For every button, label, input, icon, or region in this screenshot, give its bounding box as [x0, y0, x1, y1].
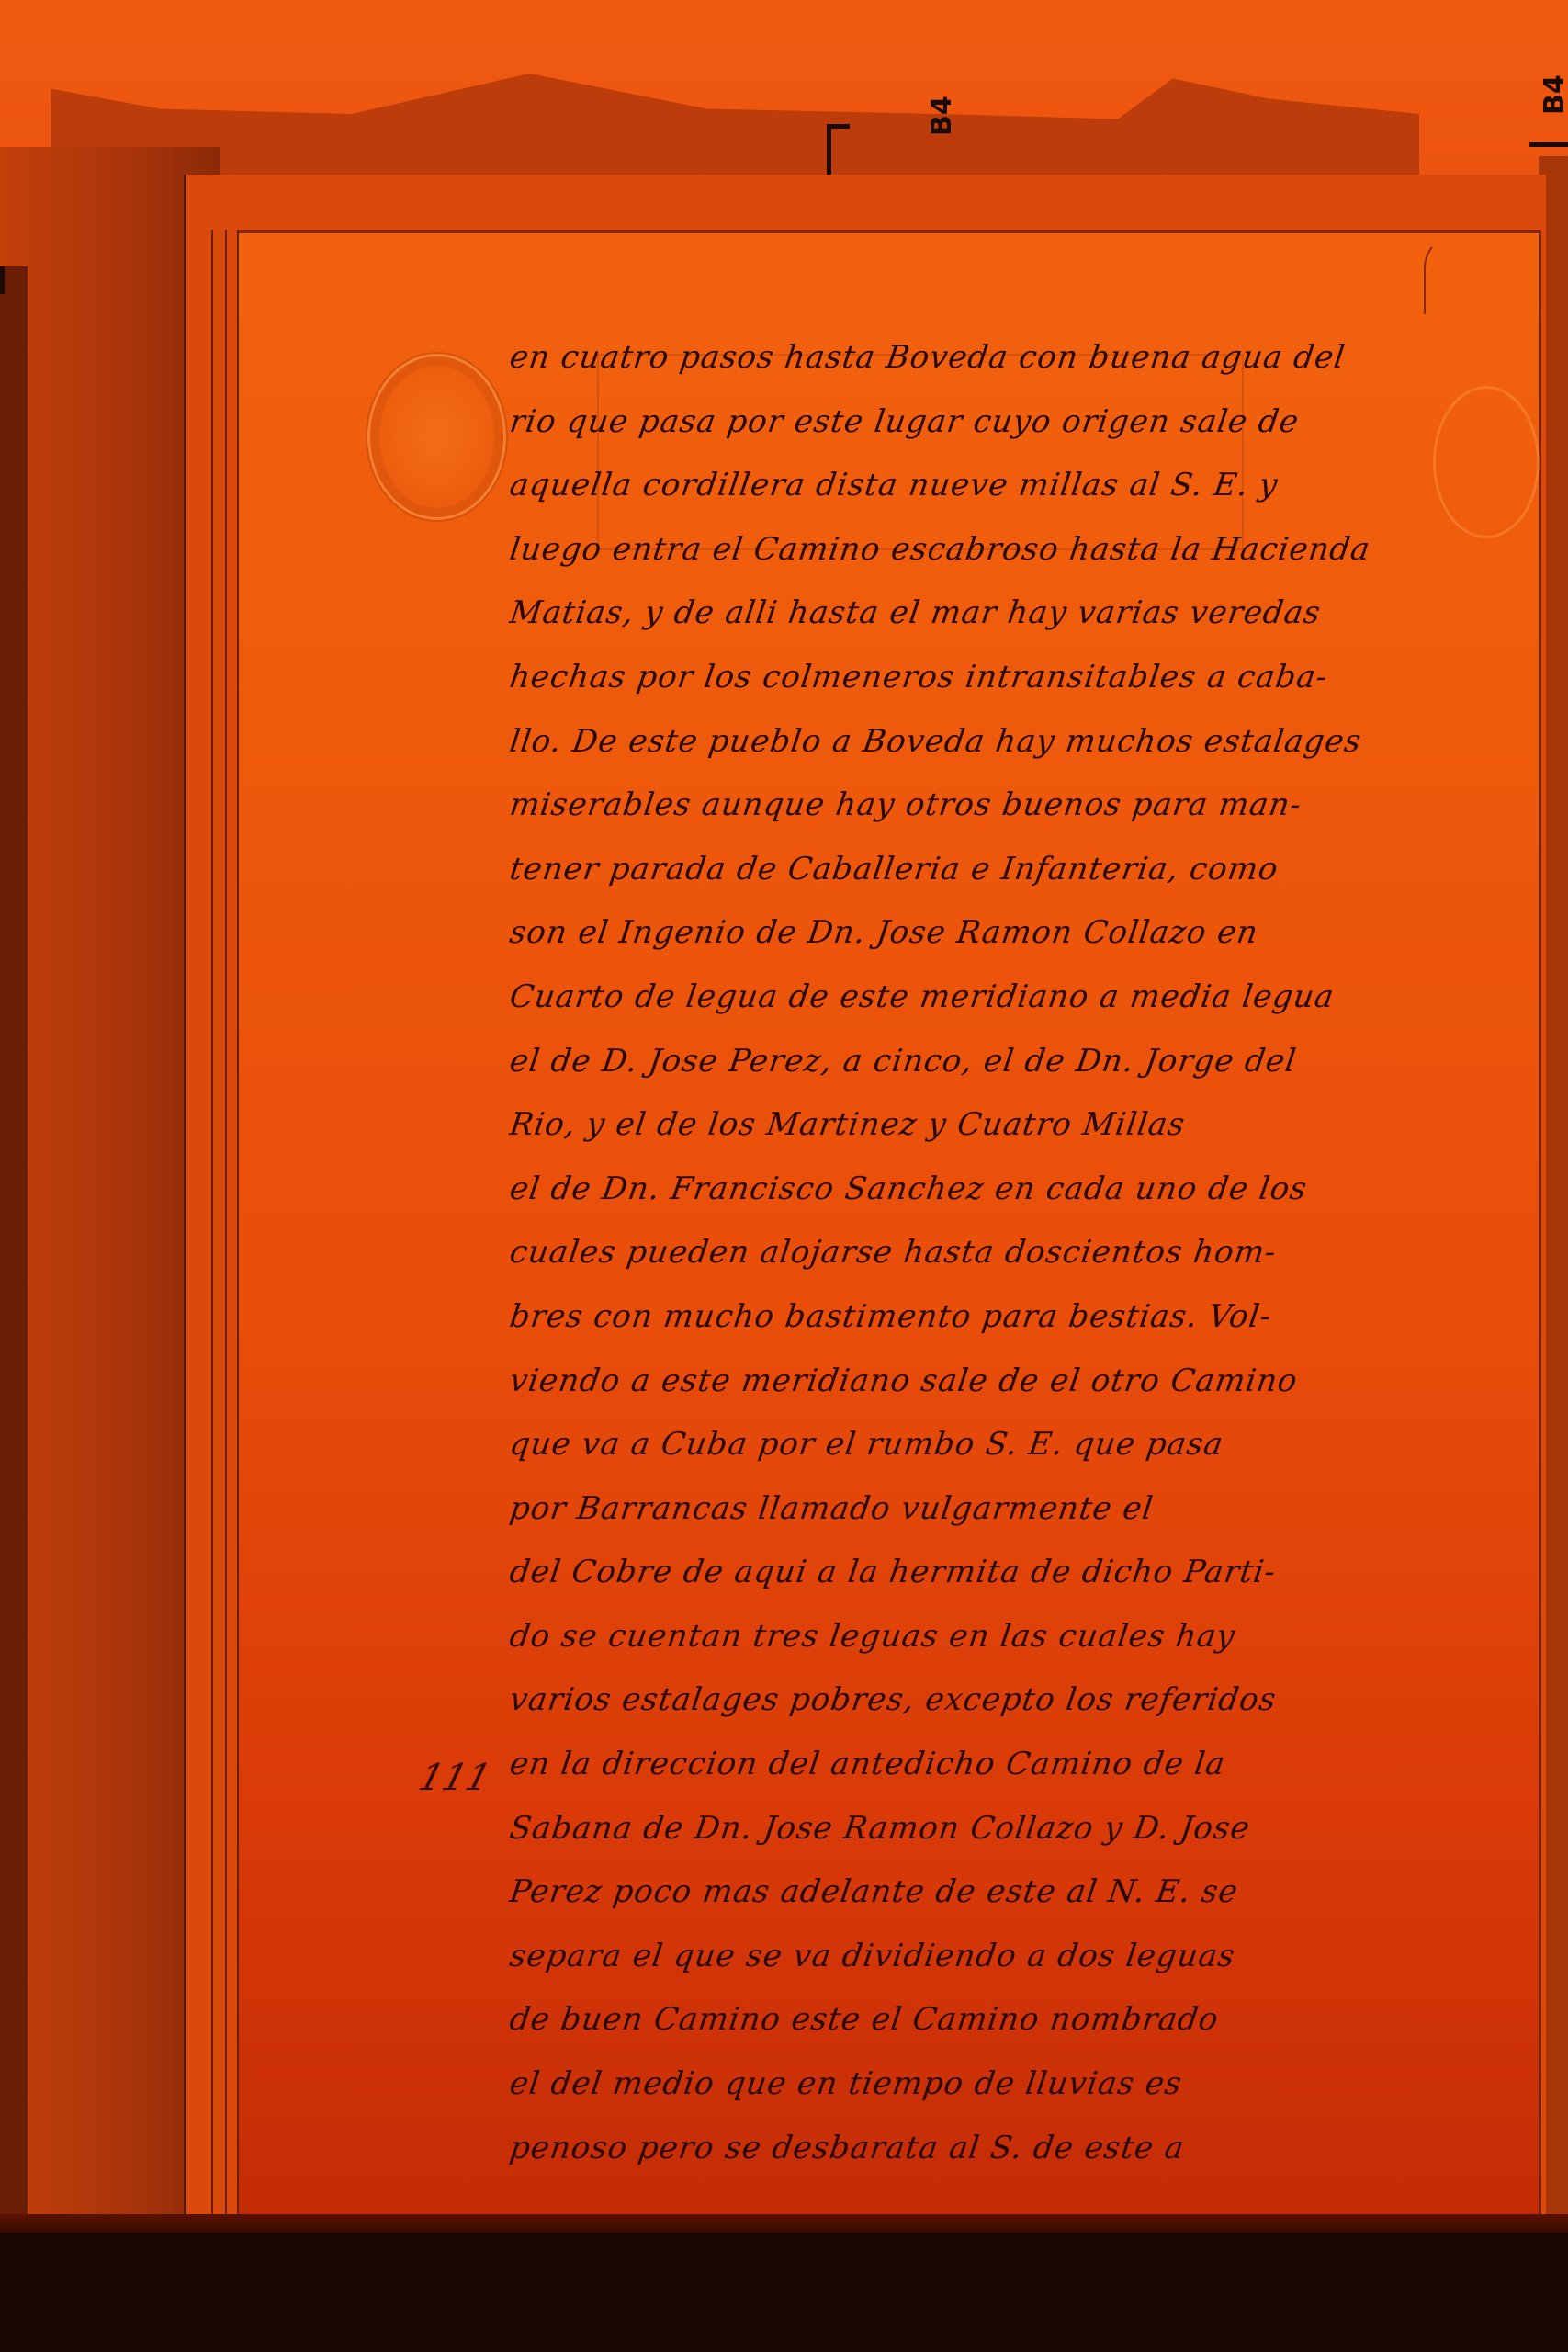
marker-label-right: B4 — [1539, 74, 1568, 115]
text-line: Cuarto de legua de este meridiano a medi… — [505, 966, 1488, 1030]
text-line: de buen Camino este el Camino nombrado — [505, 1988, 1488, 2052]
text-line: Sabana de Dn. Jose Ramon Collazo y D. Jo… — [505, 1797, 1488, 1861]
text-line: separa el que se va dividiendo a dos leg… — [505, 1925, 1488, 1989]
bottom-shadow — [0, 2233, 1568, 2352]
marker-label-center: B4 — [926, 96, 958, 136]
text-line: penoso pero se desbarata al S. de este a — [505, 2117, 1488, 2181]
text-line: por Barrancas llamado vulgarmente el — [505, 1477, 1488, 1542]
text-line: cuales pueden alojarse hasta doscientos … — [505, 1221, 1488, 1285]
text-line: llo. De este pueblo a Boveda hay muchos … — [505, 710, 1488, 775]
text-line: tener parada de Caballeria e Infanteria,… — [505, 838, 1488, 902]
registration-bracket-left — [0, 266, 12, 294]
text-line: bres con mucho bastimento para bestias. … — [505, 1285, 1488, 1350]
handwritten-text: en cuatro pasos hasta Boveda con buena a… — [510, 326, 1483, 2180]
page-corner-fold — [1424, 239, 1481, 314]
text-line: el de D. Jose Perez, a cinco, el de Dn. … — [505, 1030, 1488, 1094]
text-line: en cuatro pasos hasta Boveda con buena a… — [505, 326, 1488, 390]
registration-bracket-center — [827, 124, 850, 179]
text-line: que va a Cuba por el rumbo S. E. que pas… — [505, 1413, 1488, 1477]
page-edge-line — [211, 230, 213, 2214]
binding-edge — [0, 266, 28, 2352]
text-line: do se cuentan tres leguas en las cuales … — [505, 1605, 1488, 1669]
text-line: Matias, y de alli hasta el mar hay varia… — [505, 582, 1488, 646]
text-line: luego entra el Camino escabroso hasta la… — [505, 518, 1488, 582]
text-line: Rio, y el de los Martinez y Cuatro Milla… — [505, 1093, 1488, 1158]
margin-note: 111 — [414, 1757, 496, 1799]
text-line: hechas por los colmeneros intransitables… — [505, 646, 1488, 710]
text-line: en la direccion del antedicho Camino de … — [505, 1733, 1488, 1797]
text-line: varios estalages pobres, excepto los ref… — [505, 1668, 1488, 1733]
text-line: miserables aunque hay otros buenos para … — [505, 774, 1488, 838]
text-line: el del medio que en tiempo de lluvias es — [505, 2052, 1488, 2117]
text-line: viendo a este meridiano sale de el otro … — [505, 1350, 1488, 1414]
page-edge-line — [225, 230, 227, 2214]
text-line: el de Dn. Francisco Sanchez en cada uno … — [505, 1158, 1488, 1222]
text-line: aquella cordillera dista nueve millas al… — [505, 454, 1488, 518]
registration-bracket-right — [1529, 142, 1568, 147]
text-line: del Cobre de aqui a la hermita de dicho … — [505, 1541, 1488, 1605]
text-line: Perez poco mas adelante de este al N. E.… — [505, 1860, 1488, 1925]
embossed-seal-icon — [367, 354, 506, 520]
text-line: rio que pasa por este lugar cuyo origen … — [505, 390, 1488, 455]
text-line: son el Ingenio de Dn. Jose Ramon Collazo… — [505, 901, 1488, 966]
